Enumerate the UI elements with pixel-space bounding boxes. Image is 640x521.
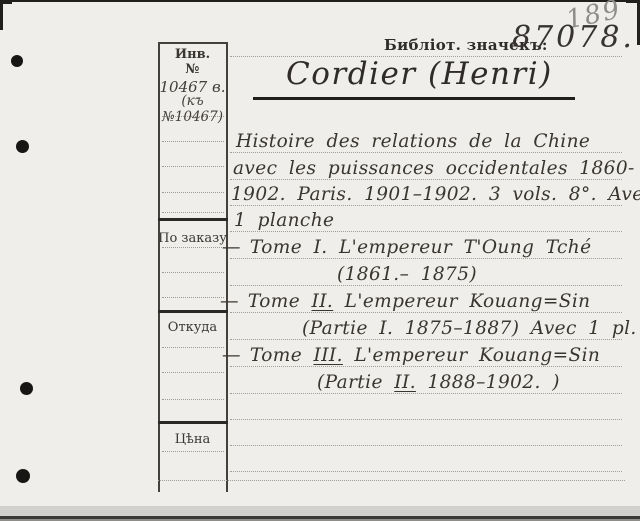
catalog-entry-line: Histoire des relations de la Chine [236,131,590,152]
ruled-line [230,393,622,394]
line-text: 1 planche [234,210,334,231]
order-section-label: По заказу [158,231,227,246]
heading-underline [253,97,575,100]
column-ruled-line [162,451,224,452]
line-text: (Partie I. 1875–1887) Avec 1 pl. [302,318,637,339]
ruled-line [230,419,622,420]
line-text: L'empereur Kouang=Sin [333,291,590,312]
column-ruled-line [162,399,224,400]
column-divider [158,310,228,313]
punch-hole [11,55,23,67]
catalog-card-scan: 189 Библіот. значекъ: 87078. Cordier (He… [0,0,640,521]
catalog-entry-line: (Partie II. 1888–1902. ) [317,372,560,393]
scan-edge-bottom-light [0,506,640,516]
column-divider [158,421,228,424]
line-text: (Partie [317,372,394,393]
ruled-line [230,471,622,472]
column-ruled-line [162,272,224,273]
ruled-line [230,339,622,340]
roman-numeral: I. [314,237,328,258]
scan-edge-top [4,0,636,2]
ruled-line [230,366,622,367]
column-ruled-line [162,141,224,142]
column-ruled-line [162,372,224,373]
ruled-line [158,480,625,481]
line-text: Tome [250,345,314,366]
scan-edge-left [0,0,3,30]
roman-numeral: III. [314,345,343,366]
inventory-cross-reference: (къ №10467) [156,93,229,125]
ruled-line [230,285,622,286]
ruled-line [230,152,622,153]
catalog-entry-line: (1861.– 1875) [337,264,477,285]
roman-numeral: II. [312,291,334,312]
line-text: 1888–1902. ) [416,372,560,393]
line-text: Tome [248,291,312,312]
origin-section-label: Откуда [158,320,227,335]
price-section-label: Цѣна [158,432,227,447]
column-ruled-line [162,192,224,193]
line-text: avec les puissances occidentales 1860- [233,158,635,179]
column-border-top [158,42,227,44]
catalog-entry-line: 1902. Paris. 1901–1902. 3 vols. 8°. Avec [231,184,640,205]
ruled-line [230,312,622,313]
tome-dash: — [222,345,241,366]
roman-numeral: II. [394,372,416,393]
punch-hole [16,469,30,483]
catalog-entry-line-tome-3: —Tome III. L'empereur Kouang=Sin [222,345,600,366]
line-text: Tome [250,237,314,258]
library-stamp-number: 87078. [512,20,635,55]
column-divider [158,218,228,221]
line-text: L'empereur Kouang=Sin [343,345,600,366]
column-ruled-line [162,166,224,167]
punch-hole [20,382,33,395]
column-ruled-line [162,297,224,298]
catalog-entry-line: avec les puissances occidentales 1860- [233,158,635,179]
column-ruled-line [162,247,224,248]
column-ruled-line [162,347,224,348]
ruled-line [230,205,622,206]
tome-dash: — [222,237,241,258]
inventory-label-line1: Инв. [158,47,227,62]
ruled-line [230,179,622,180]
catalog-entry-line: 1 planche [234,210,334,231]
ruled-line [230,258,622,259]
line-text: L'empereur T'Oung Tché [328,237,592,258]
inventory-label-line2: № [158,62,227,77]
line-text: Histoire des relations de la Chine [236,131,590,152]
catalog-entry-line: (Partie I. 1875–1887) Avec 1 pl. [302,318,637,339]
catalog-entry-line-tome-2: —Tome II. L'empereur Kouang=Sin [220,291,591,312]
ruled-line [230,231,622,232]
ruled-line [230,445,622,446]
line-text: (1861.– 1875) [337,264,477,285]
tome-dash: — [220,291,239,312]
catalog-entry-line-tome-1: —Tome I. L'empereur T'Oung Tché [222,237,591,258]
card-heading: Cordier (Henri) [286,56,553,92]
line-text: 1902. Paris. 1901–1902. 3 vols. 8°. Avec [231,184,640,205]
column-ruled-line [162,212,224,213]
punch-hole [16,140,29,153]
